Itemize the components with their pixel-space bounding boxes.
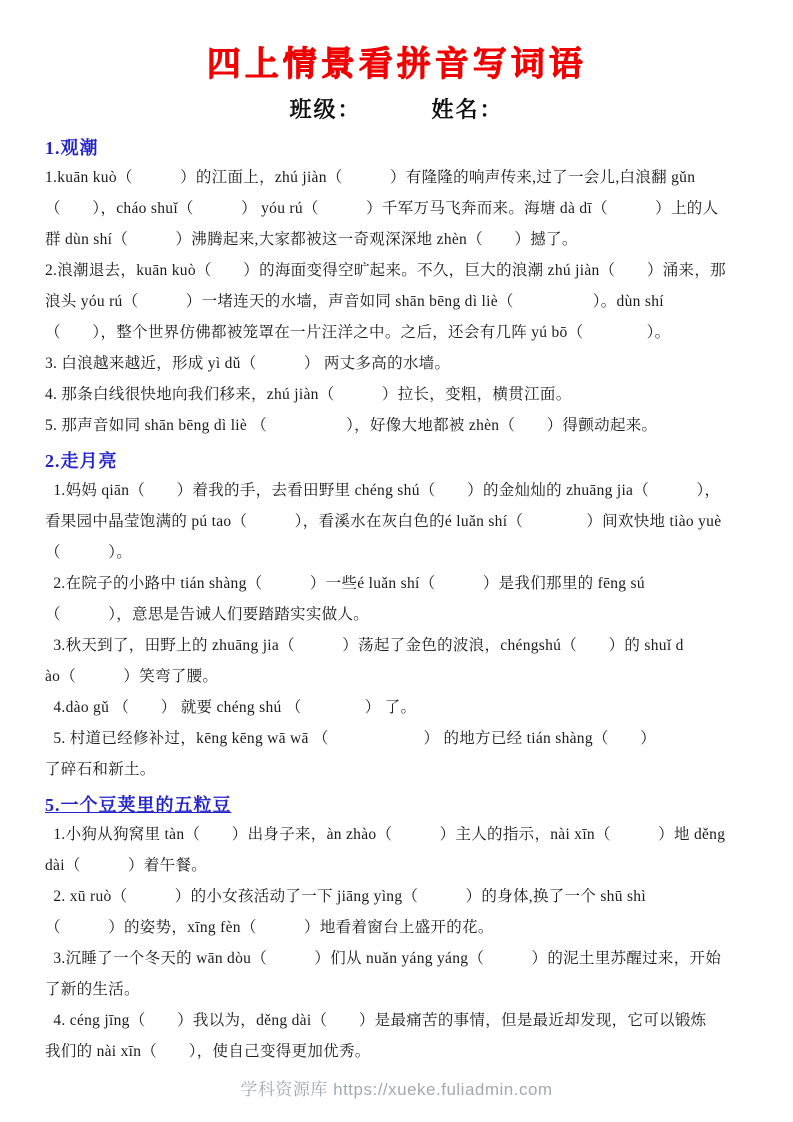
exercise-line: 3.秋天到了，田野上的 zhuāng jia（ ）荡起了金色的波浪，chéngs… [45,630,748,661]
exercise-line: 看果园中晶莹饱满的 pú tao（ ），看溪水在灰白色的é luǎn shí（ … [45,506,748,537]
exercise-line: 我们的 nài xīn（ ），使自己变得更加优秀。 [45,1036,748,1067]
exercise-line: 4.dào gǔ （ ） 就要 chéng shú （ ） 了。 [45,692,748,723]
exercise-line: 3. 白浪越来越近，形成 yì dǔ（ ） 两丈多高的水墙。 [45,348,748,379]
exercise-line: 4. céng jīng（ ）我以为，děng dài（ ）是最痛苦的事情，但是… [45,1005,748,1036]
exercise-line: 了新的生活。 [45,974,748,1005]
exercise-line: （ ），整个世界仿佛都被笼罩在一片汪洋之中。之后，还会有几阵 yú bō（ ）。 [45,317,748,348]
exercise-line: （ ）的姿势，xīng fèn（ ）地看着窗台上盛开的花。 [45,912,748,943]
exercise-line: （ ）。 [45,537,748,568]
exercise-line: 3.沉睡了一个冬天的 wān dòu（ ）们从 nuǎn yáng yáng（ … [45,943,748,974]
exercise-line: ào（ ）笑弯了腰。 [45,661,748,692]
section-heading-1: 1.观潮 [45,134,748,160]
section-heading-3: 5.一个豆荚里的五粒豆 [45,791,748,817]
exercise-line: 2. xū ruò（ ）的小女孩活动了一下 jiāng yìng（ ）的身体,换… [45,881,748,912]
name-label: 姓名： [432,97,504,122]
exercise-line: 5. 那声音如同 shān bēng dì liè （ ），好像大地都被 zhè… [45,410,748,441]
exercise-line: 群 dùn shí（ ）沸腾起来,大家都被这一奇观深深地 zhèn（ ）撼了。 [45,224,748,255]
exercise-line: dài（ ）着午餐。 [45,850,748,881]
exercise-line: 2.浪潮退去，kuān kuò（ ）的海面变得空旷起来。不久，巨大的浪潮 zhú… [45,255,748,286]
exercise-line: 1.小狗从狗窝里 tàn（ ）出身子来，àn zhào（ ）主人的指示，nài … [45,819,748,850]
exercise-line: 1.kuān kuò（ ）的江面上，zhú jiàn（ ）有隆隆的响声传来,过了… [45,162,748,193]
section-heading-2: 2.走月亮 [45,447,748,473]
class-name-line: 班级：姓名： [45,93,748,124]
exercise-line: 了碎石和新土。 [45,754,748,785]
sections: 1.观潮1.kuān kuò（ ）的江面上，zhú jiàn（ ）有隆隆的响声传… [45,134,748,1067]
exercise-line: 2.在院子的小路中 tián shàng（ ）一些é luǎn shí（ ）是我… [45,568,748,599]
exercise-line: （ ），cháo shuǐ（ ） yóu rú（ ）千军万马飞奔而来。海塘 dà… [45,193,748,224]
exercise-line: 1.妈妈 qiān（ ）着我的手，去看田野里 chéng shú（ ）的金灿灿的… [45,475,748,506]
exercise-line: （ ），意思是告诫人们要踏踏实实做人。 [45,599,748,630]
worksheet-page: 四上情景看拼音写词语 班级：姓名： 1.观潮1.kuān kuò（ ）的江面上，… [0,0,793,1122]
exercise-line: 4. 那条白线很快地向我们移来，zhú jiàn（ ）拉长，变粗，横贯江面。 [45,379,748,410]
exercise-line: 浪头 yóu rú（ ）一堵连天的水墙，声音如同 shān bēng dì li… [45,286,748,317]
page-title: 四上情景看拼音写词语 [45,36,748,85]
exercise-line: 5. 村道已经修补过，kēng kēng wā wā （ ） 的地方已经 tiá… [45,723,748,754]
footer-watermark: 学科资源库 https://xueke.fuliadmin.com [0,1075,793,1100]
class-label: 班级： [289,97,361,122]
